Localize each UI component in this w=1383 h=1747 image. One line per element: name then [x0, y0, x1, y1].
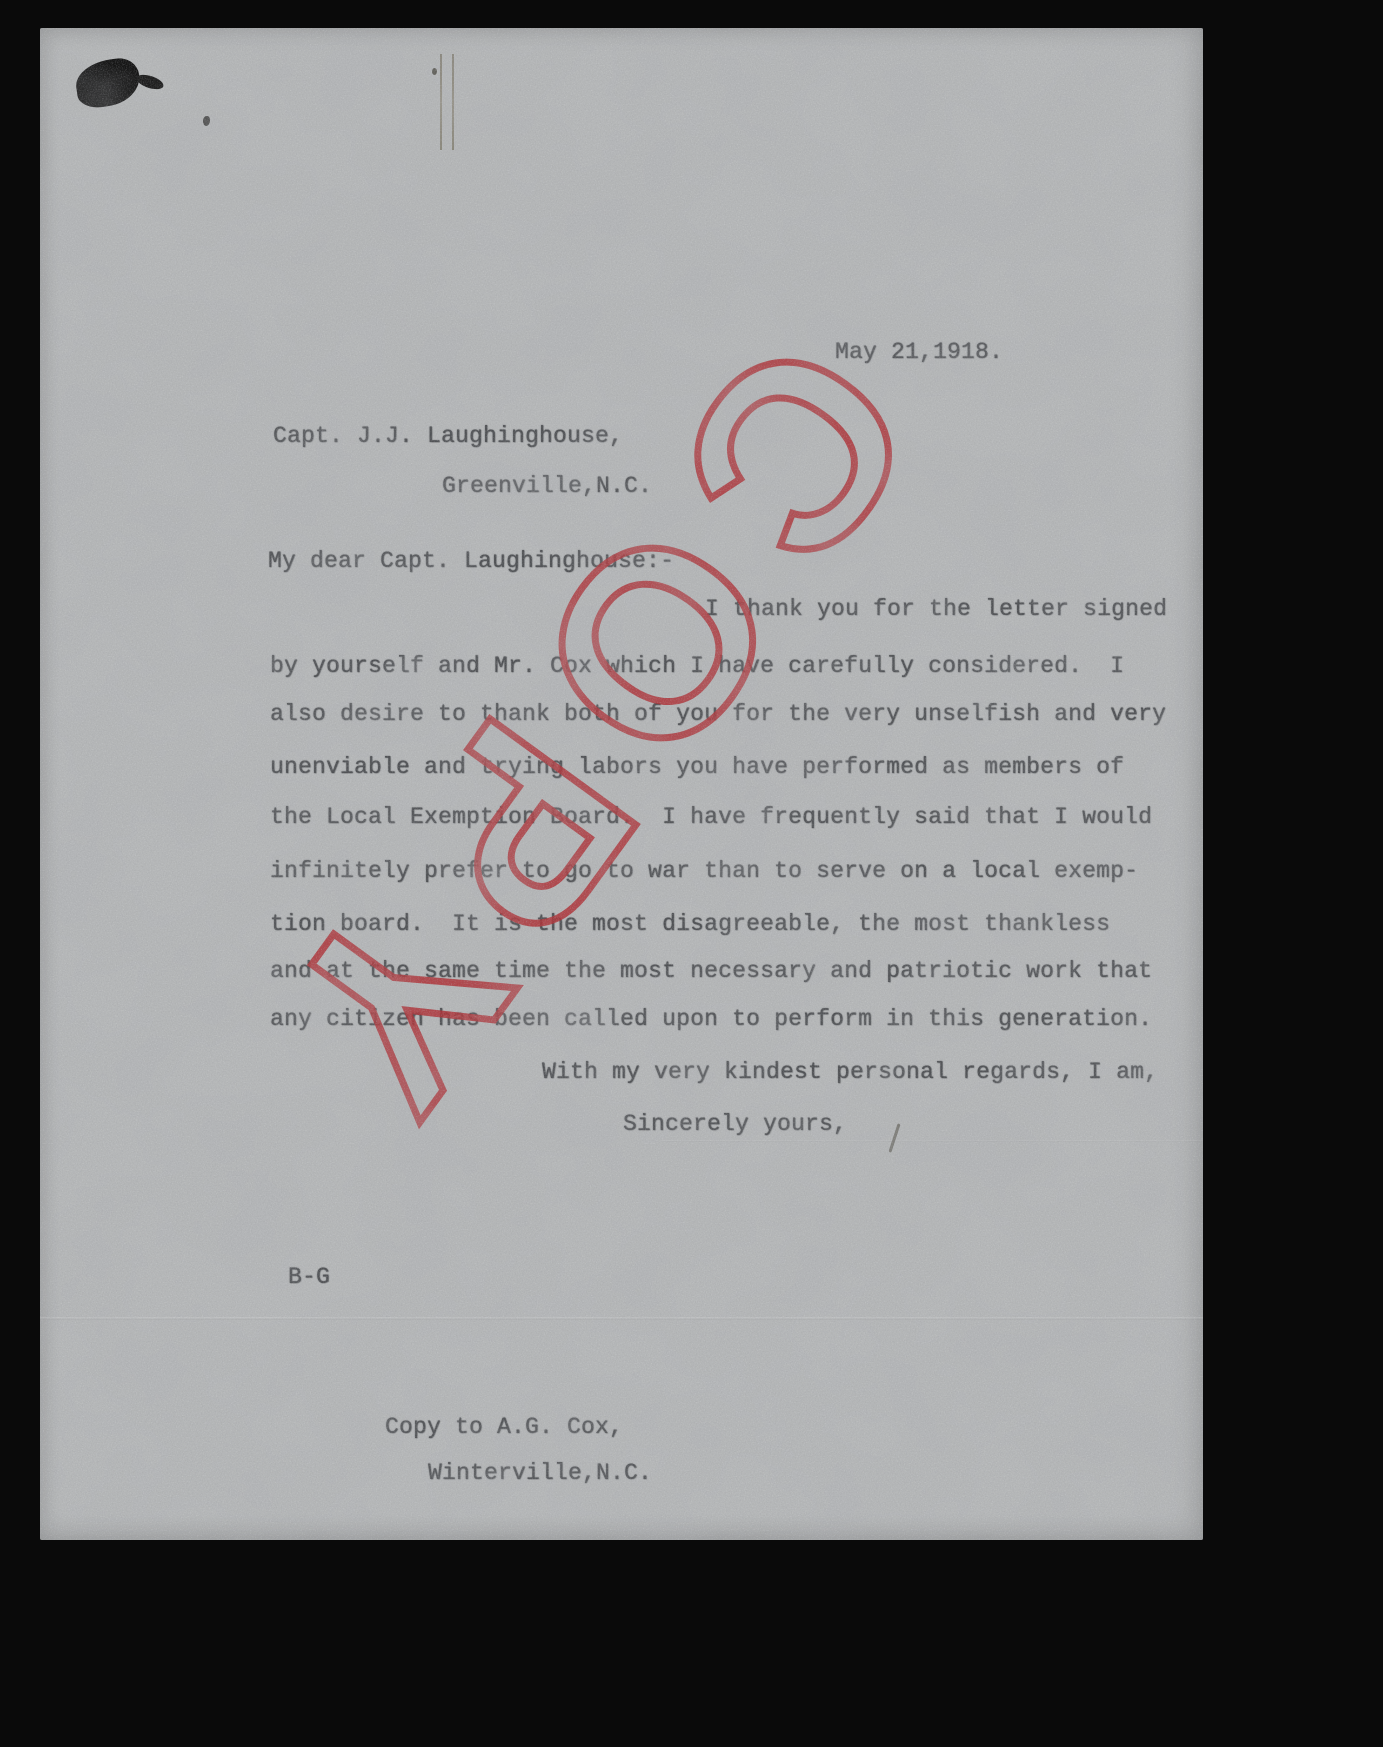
closing-regards-line: With my very kindest personal regards, I…: [542, 1059, 1158, 1086]
closing-signature-line: Sincerely yours,: [623, 1111, 847, 1138]
ink-blot: [73, 56, 143, 110]
ink-speck-small: [432, 68, 437, 75]
staple-mark-left: [440, 54, 442, 150]
date-line: May 21,1918.: [835, 339, 1003, 366]
pencil-slash-mark: [888, 1123, 900, 1152]
staple-mark-right: [452, 54, 454, 150]
copy-to-line: Copy to A.G. Cox,: [385, 1414, 623, 1441]
fold-crease-upper: [660, 1140, 1203, 1142]
typist-initials: B-G: [288, 1264, 330, 1291]
ink-blot-tail: [135, 72, 165, 92]
ink-speck: [203, 116, 210, 126]
copy-city-line: Winterville,N.C.: [428, 1460, 652, 1487]
recipient-name-line: Capt. J.J. Laughinghouse,: [273, 423, 623, 450]
fold-crease-lower: [40, 1317, 1203, 1320]
letter-page: May 21,1918. Capt. J.J. Laughinghouse, G…: [40, 28, 1203, 1540]
scanner-bed: { "letter": { "date": "May 21,1918.", "r…: [0, 0, 1383, 1747]
